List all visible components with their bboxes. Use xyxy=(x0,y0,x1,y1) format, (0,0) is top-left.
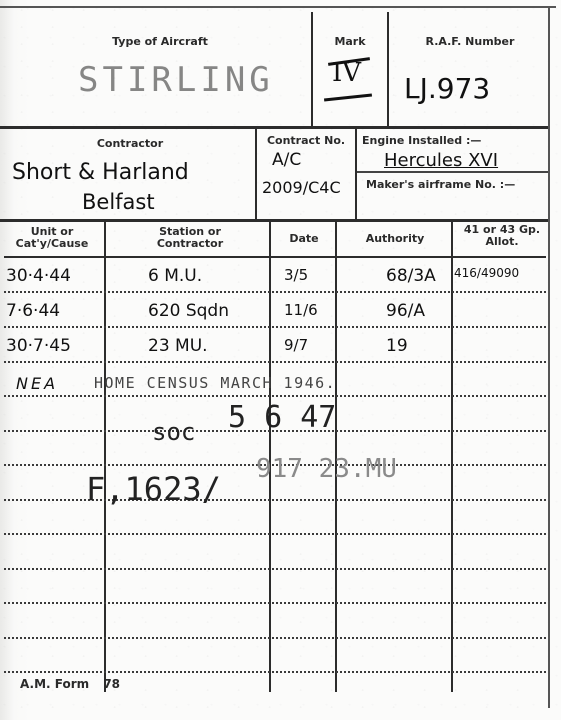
row-line xyxy=(4,291,546,293)
header-underline xyxy=(4,256,546,258)
header-allot: 41 or 43 Gp. Allot. xyxy=(462,224,542,248)
type-of-aircraft-label: Type of Aircraft xyxy=(60,36,260,48)
row-line xyxy=(4,395,546,397)
cell-authority: 68/3A xyxy=(386,266,436,286)
footer-form-label: A.M. Form 78 xyxy=(20,678,120,690)
row-line xyxy=(4,326,546,328)
raf-number-label: R.A.F. Number xyxy=(400,36,540,48)
soc-prefix: SOC xyxy=(152,418,195,446)
contract-no-line1: A/C xyxy=(272,150,301,170)
right-border xyxy=(548,8,550,708)
row-line xyxy=(4,637,546,639)
header-station: Station or Contractor xyxy=(140,226,240,250)
am-form-78-record-card: Type of Aircraft STIRLING Mark IV R.A.F.… xyxy=(0,0,561,720)
f-reference-dark: F,1623/ xyxy=(86,470,221,508)
engine-installed-value: Hercules XVI xyxy=(384,150,498,171)
nea-entry: NEA xyxy=(16,374,58,393)
header-date: Date xyxy=(272,233,336,245)
cell-authority: 19 xyxy=(386,336,408,356)
cell-station: 620 Sqdn xyxy=(148,301,229,321)
divider-contract-engine xyxy=(355,128,357,220)
divider-type-mark xyxy=(311,12,313,126)
makers-airframe-label: Maker's airframe No. :— xyxy=(366,179,515,191)
header-unit: Unit or Cat'y/Cause xyxy=(2,226,102,250)
footer-form-number: 78 xyxy=(103,677,120,691)
footer-form-text: A.M. Form xyxy=(20,677,89,691)
engine-divider xyxy=(357,171,548,173)
row-line xyxy=(4,568,546,570)
contractor-value-line2: Belfast xyxy=(82,190,155,214)
divider-contract-section xyxy=(0,219,548,222)
type-of-aircraft-value: STIRLING xyxy=(78,60,274,100)
header-authority: Authority xyxy=(338,233,452,245)
contractor-value-line1: Short & Harland xyxy=(12,160,189,185)
contract-no-label: Contract No. xyxy=(258,135,354,147)
row-line xyxy=(4,602,546,604)
divider-mark-raf xyxy=(387,12,389,126)
soc-digits: 5 6 47 xyxy=(228,400,336,435)
cell-unit: 30·7·45 xyxy=(6,336,71,356)
row-line xyxy=(4,671,546,673)
top-border xyxy=(0,6,556,8)
contractor-label: Contractor xyxy=(40,138,220,150)
divider-contractor-contract xyxy=(255,128,257,220)
row-line xyxy=(4,361,546,363)
contract-no-line2: 2009/C4C xyxy=(262,178,341,197)
raf-number-value: LJ.973 xyxy=(404,72,490,105)
cell-date: 3/5 xyxy=(284,266,308,284)
divider-top-section xyxy=(0,126,548,129)
cell-station: 6 M.U. xyxy=(148,266,202,286)
cell-unit: 30·4·44 xyxy=(6,266,71,286)
engine-installed-label: Engine Installed :— xyxy=(362,135,481,147)
home-census-stamp: HOME CENSUS MARCH 1946. xyxy=(94,374,336,392)
cell-date: 9/7 xyxy=(284,336,308,354)
mark-value: IV xyxy=(332,58,361,88)
cell-station: 23 MU. xyxy=(148,336,208,356)
cell-allot: 416/49090 xyxy=(454,266,519,280)
mark-label: Mark xyxy=(318,36,382,48)
cell-unit: 7·6·44 xyxy=(6,301,60,321)
f-reference-faded: 917 23.MU xyxy=(256,454,397,484)
row-line xyxy=(4,533,546,535)
cell-authority: 96/A xyxy=(386,301,425,321)
cell-date: 11/6 xyxy=(284,301,318,319)
mark-underline xyxy=(324,93,372,101)
